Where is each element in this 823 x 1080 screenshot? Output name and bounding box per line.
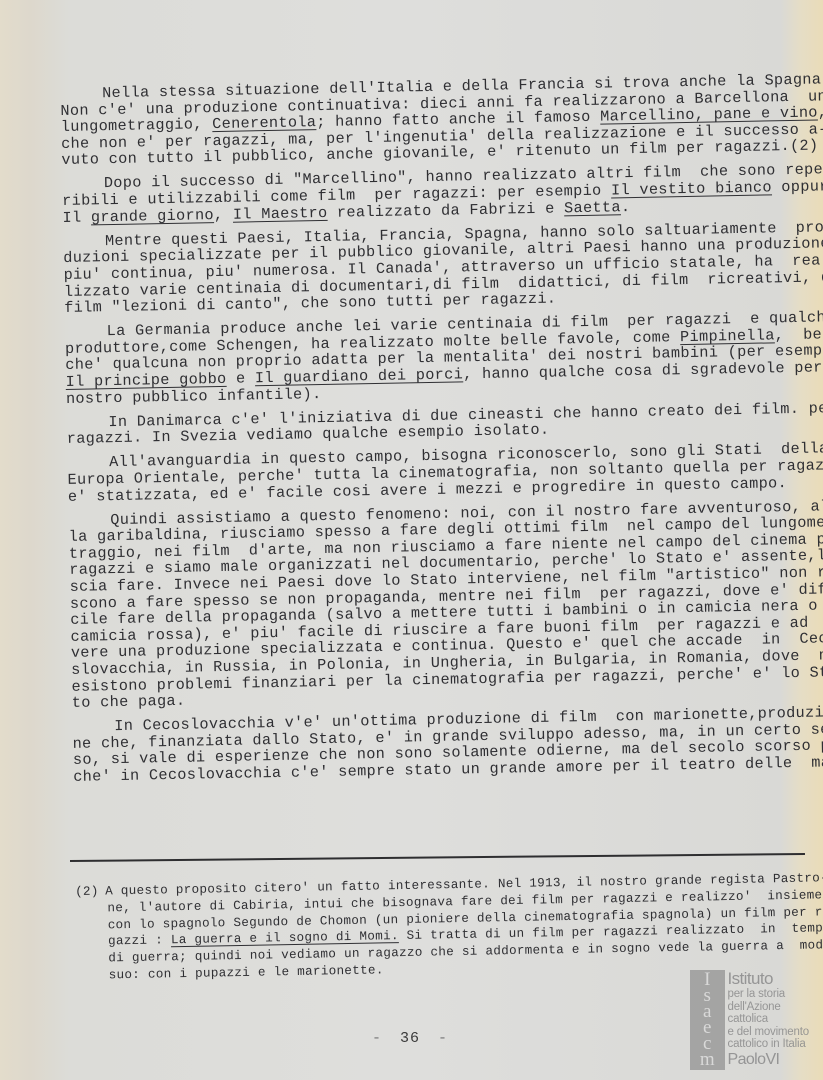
footnote: (2)A questo proposito citero' un fatto i… <box>75 871 797 985</box>
paragraph: La Germania produce anche lei varie cent… <box>65 310 788 407</box>
paragraph: In Danimarca c'e' l'iniziativa di due ci… <box>66 401 789 448</box>
paragraph: Nella stessa situazione dell'Italia e de… <box>60 72 783 169</box>
logo-line: dell'Azione cattolica <box>728 1001 820 1026</box>
paragraph: Dopo il successo di "Marcellino", hanno … <box>62 163 785 227</box>
text-segment: oppure <box>772 177 823 196</box>
paragraph: In Cecoslovacchia v'e' un'ottima produzi… <box>72 705 795 785</box>
text-segment: to che paga. <box>72 692 186 712</box>
underlined-title: grande giorno <box>91 206 214 226</box>
scanned-page: Nella stessa situazione dell'Italia e de… <box>0 0 823 1080</box>
paragraph: Quindi assistiamo a questo fenomeno: noi… <box>68 499 794 712</box>
logo-letter: m <box>690 1052 725 1068</box>
logo-line: e del movimento <box>728 1026 820 1039</box>
logo-line: per la storia <box>728 988 820 1001</box>
logo-line: Istituto <box>728 970 820 988</box>
footnote-divider <box>70 853 805 862</box>
text-segment: gazzi : <box>108 934 171 949</box>
logo-line: cattolico in Italia <box>728 1038 820 1051</box>
logo-line: PaoloVI <box>728 1051 820 1068</box>
paragraph: All'avanguardia in questo campo, bisogna… <box>67 441 790 505</box>
isacem-watermark-logo: Isaecm Istituto per la storia dell'Azion… <box>690 970 820 1070</box>
footnote-marker: (2) <box>75 883 105 900</box>
text-segment: . <box>621 198 631 216</box>
text-segment: Il <box>62 208 91 227</box>
body-text: Nella stessa situazione dell'Italia e de… <box>60 72 795 793</box>
page-number-dash-right: - <box>420 1030 466 1047</box>
text-segment: suo: con i pupazzi e le marionette. <box>109 963 384 982</box>
text-segment: nostro pubblico infantile). <box>66 385 322 408</box>
logo-monogram-icon: Isaecm <box>690 970 725 1070</box>
page-number-value: 36 <box>400 1030 420 1047</box>
underlined-title: Il Maestro <box>233 204 328 224</box>
page-number-dash-left: - <box>354 1030 400 1047</box>
paragraph: Mentre questi Paesi, Italia, Francia, Sp… <box>63 220 786 317</box>
text-segment: , <box>818 103 823 121</box>
underlined-title: Saetta <box>564 198 621 217</box>
logo-text: Istituto per la storia dell'Azione catto… <box>725 970 820 1070</box>
text-segment: realizzato da Fabrizi e <box>327 199 564 222</box>
underlined-title: Il vestito bianco <box>611 178 772 199</box>
text-segment: , <box>214 205 233 223</box>
page-number: -36- <box>350 1030 470 1047</box>
